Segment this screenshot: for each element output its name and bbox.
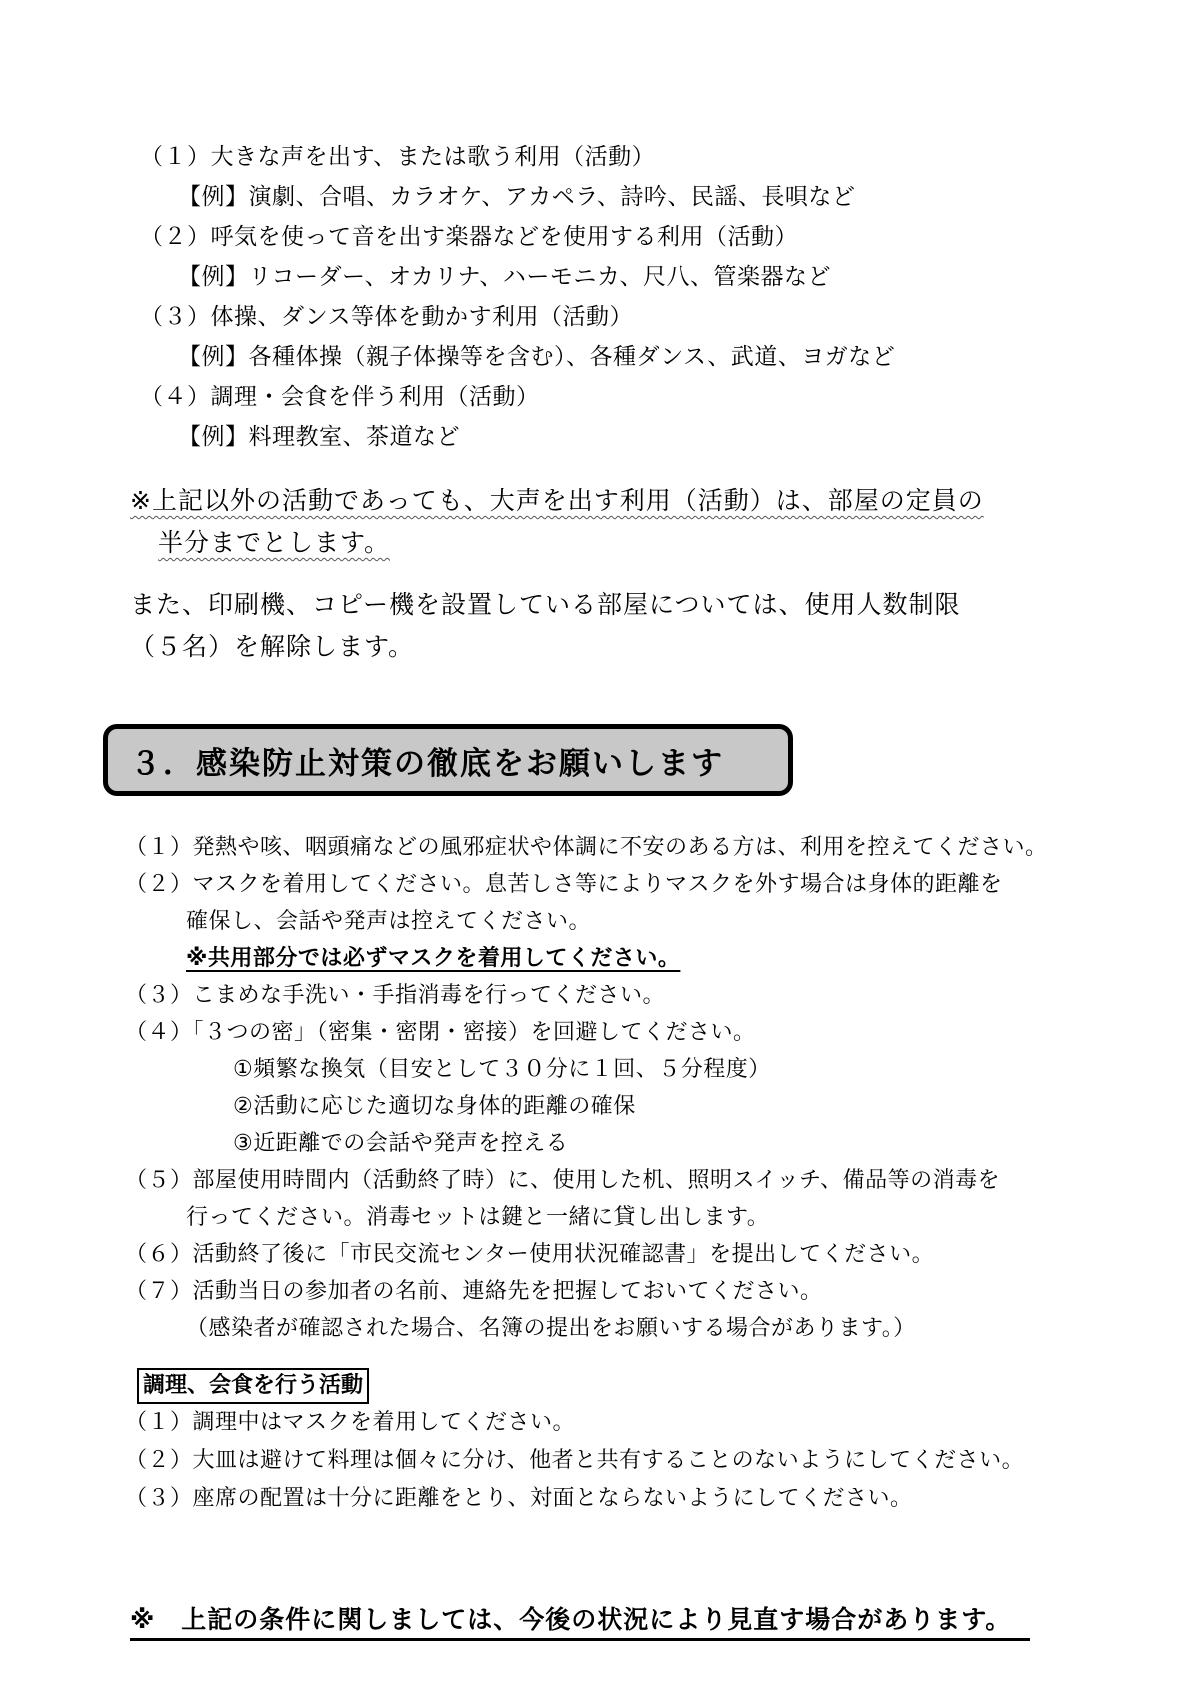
- measure-item-6: （６）活動終了後に「市民交流センター使用状況確認書」を提出してください。: [125, 1240, 934, 1270]
- loud-voice-note-line2: 半分までとします。: [158, 528, 390, 558]
- activity-example-4: 【例】料理教室、茶道など: [178, 422, 460, 452]
- activity-example-1: 【例】演劇、合唱、カラオケ、アカペラ、詩吟、民謡、長唄など: [178, 182, 855, 212]
- activity-item-2: （２）呼気を使って音を出す楽器などを使用する利用（活動）: [140, 222, 798, 252]
- measure-item-2b: 確保し、会話や発声は控えてください。: [186, 907, 591, 937]
- activity-item-3: （３）体操、ダンス等体を動かす利用（活動）: [140, 302, 633, 332]
- measure-item-7b: （感染者が確認された場合、名簿の提出をお願いする場合があります。）: [186, 1314, 916, 1344]
- cooking-activity-heading: 調理、会食を行う活動: [137, 1368, 369, 1404]
- measure-item-4-sub1: ①頻繁な換気（目安として３０分に１回、５分程度）: [233, 1055, 771, 1085]
- document-page: （１）大きな声を出す、または歌う利用（活動） 【例】演劇、合唱、カラオケ、アカペ…: [0, 0, 1200, 1697]
- printer-room-note-line1: また、印刷機、コピー機を設置している部屋については、使用人数制限: [130, 590, 961, 620]
- measure-item-7a: （７）活動当日の参加者の名前、連絡先を把握しておいてください。: [125, 1277, 823, 1307]
- measure-item-4-sub2: ②活動に応じた適切な身体的距離の確保: [233, 1092, 636, 1122]
- measure-item-5b: 行ってください。消毒セットは鍵と一緒に貸し出します。: [186, 1203, 769, 1233]
- activity-item-4: （４）調理・会食を伴う利用（活動）: [140, 382, 540, 412]
- loud-voice-note-line1: ※上記以外の活動であっても、大声を出す利用（活動）は、部屋の定員の: [130, 486, 984, 516]
- measure-item-4-sub3: ③近距離での会話や発声を控える: [233, 1129, 568, 1159]
- measure-item-3: （３）こまめな手洗い・手指消毒を行ってください。: [125, 981, 665, 1011]
- cooking-item-1: （１）調理中はマスクを着用してください。: [125, 1408, 575, 1438]
- section-3-header: ３．感染防止対策の徹底をお願いします: [103, 724, 793, 796]
- cooking-item-3: （３）座席の配置は十分に距離をとり、対面とならないようにしてください。: [125, 1484, 913, 1514]
- printer-room-note-line2: （５名）を解除します。: [130, 632, 414, 662]
- cooking-item-2: （２）大皿は避けて料理は個々に分け、他者と共有することのないようにしてください。: [125, 1446, 1024, 1476]
- activity-example-2: 【例】リコーダー、オカリナ、ハーモニカ、尺八、管楽器など: [178, 262, 831, 292]
- conditions-review-note: ※ 上記の条件に関しましては、今後の状況により見直す場合があります。: [130, 1600, 1030, 1641]
- activity-item-1: （１）大きな声を出す、または歌う利用（活動）: [140, 142, 655, 172]
- section-3-title: ３．感染防止対策の徹底をお願いします: [130, 738, 724, 783]
- measure-item-4: （４）「３つの密」（密集・密閉・密接）を回避してください。: [125, 1018, 756, 1048]
- measure-item-2a: （２）マスクを着用してください。息苦しさ等によりマスクを外す場合は身体的距離を: [125, 870, 1003, 900]
- measure-item-1: （１）発熱や咳、咽頭痛などの風邪症状や体調に不安のある方は、利用を控えてください…: [125, 833, 1048, 863]
- measure-item-5a: （５）部屋使用時間内（活動終了時）に、使用した机、照明スイッチ、備品等の消毒を: [125, 1166, 1000, 1196]
- mask-common-area-note: ※共用部分では必ずマスクを着用してください。: [186, 944, 680, 974]
- activity-example-3: 【例】各種体操（親子体操等を含む）、各種ダンス、武道、ヨガなど: [178, 342, 895, 372]
